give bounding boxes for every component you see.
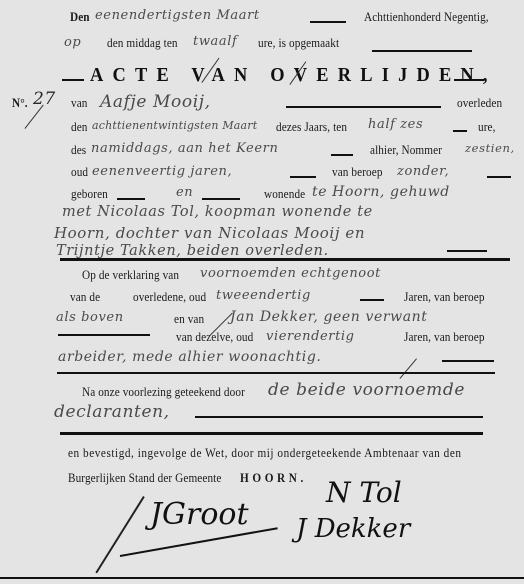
house-number: zestien, <box>465 141 515 155</box>
overleden-label: overleden <box>457 96 502 111</box>
oud-label: oud <box>71 165 88 180</box>
confirmation-line-2: Burgerlijken Stand der Gemeente <box>68 471 221 486</box>
fill-rule <box>202 198 240 200</box>
note-line-3: Trijntje Takken, beiden overleden. <box>56 243 329 259</box>
record-number: 27 <box>33 89 56 109</box>
signed-by-line-2: declaranten, <box>54 402 170 422</box>
hw-op: op <box>64 35 81 50</box>
declarant2-age: vierendertig <box>266 329 355 344</box>
signature-flourish <box>95 496 144 573</box>
van-label: van <box>71 96 88 111</box>
fill-rule <box>310 21 346 23</box>
vande-label: van de <box>70 290 100 305</box>
opgemaakt-text: ure, is opgemaakt <box>258 36 339 51</box>
voorlezing-label: Na onze voorlezing geteekend door <box>82 385 245 400</box>
title-rule-left <box>62 79 84 81</box>
note-line-1: met Nicolaas Tol, koopman wonende te <box>62 204 373 220</box>
fill-rule <box>453 130 467 132</box>
fill-rule <box>360 299 384 301</box>
scanned-record-page: Den eenendertigsten Maart Achttienhonder… <box>0 0 524 584</box>
fill-rule <box>331 154 353 156</box>
fill-rule <box>286 106 441 108</box>
signed-by-line-1: de beide voornoemde <box>268 380 465 400</box>
record-title: ACTE VAN OVERLIJDEN, <box>90 64 497 87</box>
den-label: Den <box>70 10 90 25</box>
dezes-jaars-label: dezes Jaars, ten <box>276 120 347 135</box>
municipality: HOORN. <box>240 471 307 486</box>
declarant1-relation: voornoemden echtgenoot <box>200 266 381 281</box>
bottom-rule <box>0 577 524 579</box>
residence: te Hoorn, gehuwd <box>312 184 450 200</box>
overledene-label: overledene, oud <box>133 290 206 305</box>
declarant1-age: tweeendertig <box>216 288 311 303</box>
signature-declarant-1: N Tol <box>326 476 402 509</box>
fill-rule <box>442 360 494 362</box>
en-van-label: en van <box>174 312 204 327</box>
vandezelve-label: van dezelve, oud <box>176 330 253 345</box>
fill-rule <box>58 334 150 336</box>
hw-date: eenendertigsten Maart <box>95 8 260 23</box>
number-label: N°. <box>12 96 28 111</box>
geboren-label: geboren <box>71 187 108 202</box>
fill-rule <box>447 250 487 252</box>
wonende-label: wonende <box>264 187 305 202</box>
den-label-2: den <box>71 120 88 135</box>
deceased-occupation: zonder, <box>397 164 449 179</box>
signature-declarant-2: J Dekker <box>296 514 410 544</box>
death-date: achttienentwintigsten Maart <box>92 119 257 132</box>
note-line-2: Hoorn, dochter van Nicolaas Mooij en <box>54 224 365 242</box>
fill-rule <box>290 176 316 178</box>
declarant2-occupation: arbeider, mede alhier woonachtig. <box>58 349 321 365</box>
year-text: Achttienhonderd Negentig, <box>364 10 489 25</box>
death-place: namiddags, aan het Keern <box>91 141 278 156</box>
fill-rule <box>117 198 145 200</box>
verklaring-label: Op de verklaring van <box>82 268 179 283</box>
declarant2-name: Jan Dekker, geen verwant <box>230 309 428 325</box>
deceased-name: Aafje Mooij, <box>100 92 211 112</box>
beroep-label: van beroep <box>332 165 383 180</box>
section-rule <box>60 432 483 435</box>
des-label: des <box>71 143 86 158</box>
alhier-nommer-label: alhier, Nommer <box>370 143 442 158</box>
section-rule <box>57 372 495 374</box>
middag-text: den middag ten <box>107 36 178 51</box>
section-rule <box>60 258 510 261</box>
jaren-beroep-label-2: Jaren, van beroep <box>404 330 485 345</box>
hw-hour: twaalf <box>193 34 237 49</box>
death-time: half zes <box>368 117 423 132</box>
fill-rule <box>372 50 472 52</box>
confirmation-line-1: en bevestigd, ingevolge de Wet, door mij… <box>68 446 462 461</box>
fill-rule <box>195 416 483 418</box>
signature-official: JGroot <box>150 497 249 532</box>
title-rule-right <box>454 79 484 81</box>
en-label: en <box>176 185 193 200</box>
deceased-age: eenenveertig jaren, <box>92 164 232 179</box>
jaren-beroep-label-1: Jaren, van beroep <box>404 290 485 305</box>
declarant1-occupation: als boven <box>56 310 124 325</box>
fill-rule <box>487 176 511 178</box>
ure-label: ure, <box>478 120 496 135</box>
pen-stroke <box>399 358 417 379</box>
